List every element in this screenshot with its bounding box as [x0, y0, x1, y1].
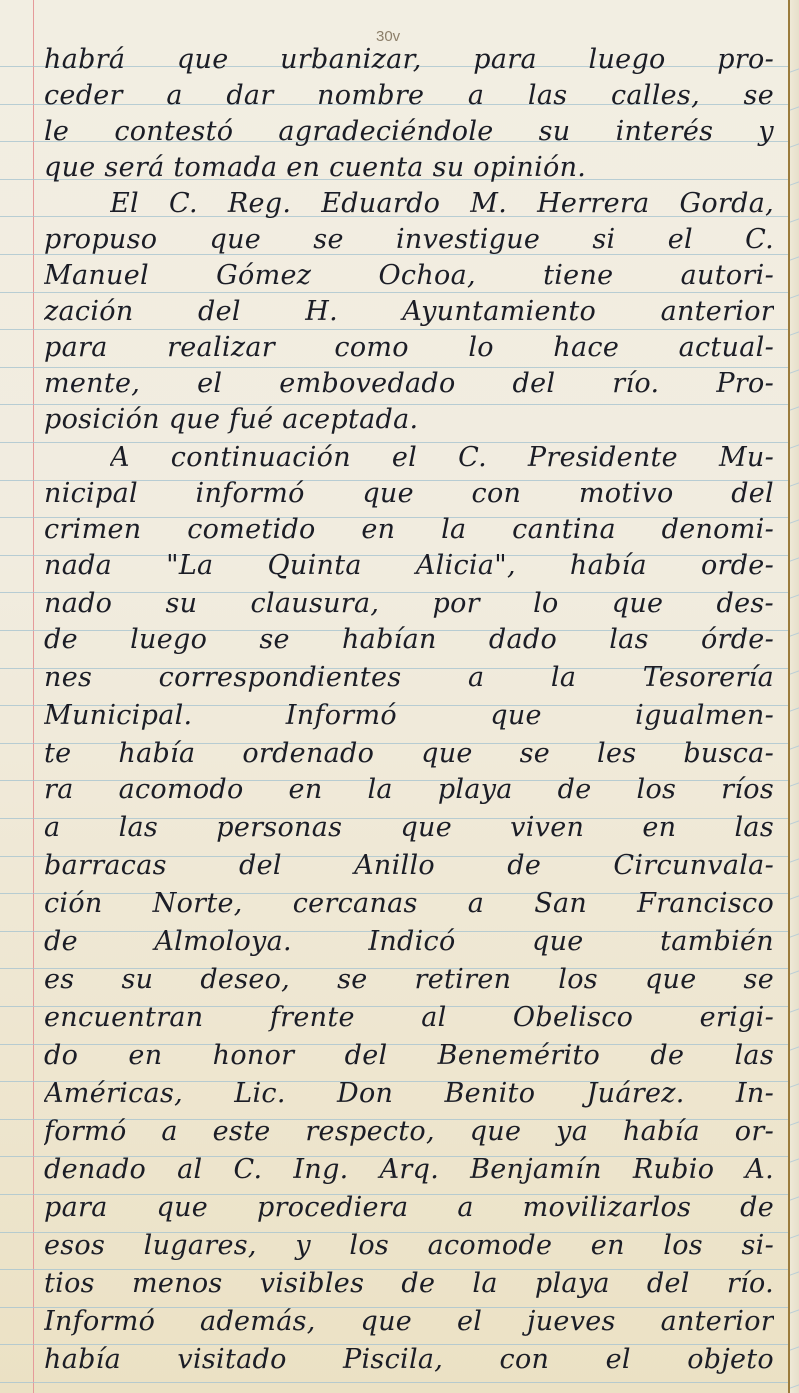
text-line: tios menos visibles de la playa del río. — [44, 1266, 774, 1302]
ruled-line — [790, 369, 799, 373]
ruled-line — [790, 1046, 799, 1050]
text-line: de Almoloya. Indicó que también — [44, 924, 774, 960]
text-line: habrá que urbanizar, para luego pro- — [44, 42, 774, 78]
ruled-line — [790, 294, 799, 298]
ruled-line — [790, 1121, 799, 1125]
text-line: formó a este respecto, que ya había or- — [44, 1114, 774, 1150]
ruled-line — [790, 858, 799, 862]
ruled-line — [790, 933, 799, 937]
text-line: ra acomodo en la playa de los ríos — [44, 772, 774, 808]
text-line: a las personas que viven en las — [44, 810, 774, 846]
text-line: Informó además, que el jueves anterior — [44, 1304, 774, 1340]
text-line: nado su clausura, por lo que des- — [44, 586, 774, 622]
ruled-line — [790, 895, 799, 899]
text-line: te había ordenado que se les busca- — [44, 736, 774, 772]
ruled-line — [790, 1271, 799, 1275]
ruled-line — [790, 68, 799, 72]
text-line: crimen cometido en la cantina denomi- — [44, 512, 774, 548]
ruled-line — [790, 406, 799, 410]
text-line: le contestó agradeciéndole su interés y — [44, 114, 774, 150]
text-line: nes correspondientes a la Tesorería — [44, 660, 774, 696]
ruled-line — [790, 106, 799, 110]
ruled-line — [790, 557, 799, 561]
ruled-line — [790, 1384, 799, 1388]
ruled-line — [790, 970, 799, 974]
notebook-page: 30v habrá que urbanizar, para luego pro-… — [0, 0, 790, 1393]
ruled-line — [790, 1158, 799, 1162]
text-line: de luego se habían dado las órde- — [44, 622, 774, 658]
ruled-line — [790, 519, 799, 523]
text-line: para realizar como lo hace actual- — [44, 330, 774, 366]
ruled-line — [790, 1008, 799, 1012]
text-line: A continuación el C. Presidente Mu- — [110, 440, 774, 476]
text-line: ceder a dar nombre a las calles, se — [44, 78, 774, 114]
ruled-line — [790, 218, 799, 222]
ruled-line — [790, 331, 799, 335]
ruled-line — [790, 1083, 799, 1087]
text-line: para que procediera a movilizarlos de — [44, 1190, 774, 1226]
text-line: denado al C. Ing. Arq. Benjamín Rubio A. — [44, 1152, 774, 1188]
text-line: Américas, Lic. Don Benito Juárez. In- — [44, 1076, 774, 1112]
underlying-page-edge — [790, 0, 799, 1393]
text-line: ción Norte, cercanas a San Francisco — [44, 886, 774, 922]
ruled-line — [790, 594, 799, 598]
ruled-line — [790, 782, 799, 786]
text-line: esos lugares, y los acomode en los si- — [44, 1228, 774, 1264]
text-line: encuentran frente al Obelisco erigi- — [44, 1000, 774, 1036]
text-line: Manuel Gómez Ochoa, tiene autori- — [44, 258, 774, 294]
text-line: mente, el embovedado del río. Pro- — [44, 366, 774, 402]
ruled-line — [790, 181, 799, 185]
text-line: do en honor del Benemérito de las — [44, 1038, 774, 1074]
ruled-line — [790, 745, 799, 749]
ruled-line — [790, 1234, 799, 1238]
ruled-line — [790, 256, 799, 260]
ruled-line — [790, 1346, 799, 1350]
text-line: nicipal informó que con motivo del — [44, 476, 774, 512]
ruled-line — [790, 670, 799, 674]
ruled-line — [790, 444, 799, 448]
ruled-line — [790, 1196, 799, 1200]
ruled-line — [790, 707, 799, 711]
ruled-line — [790, 482, 799, 486]
text-line: barracas del Anillo de Circunvala- — [44, 848, 774, 884]
text-line: zación del H. Ayuntamiento anterior — [44, 294, 774, 330]
ruled-line — [790, 632, 799, 636]
text-line: propuso que se investigue si el C. — [44, 222, 774, 258]
ruled-line — [790, 1309, 799, 1313]
text-line: El C. Reg. Eduardo M. Herrera Gorda, — [110, 186, 774, 222]
text-line: nada "La Quinta Alicia", había orde- — [44, 548, 774, 584]
text-line: había visitado Piscila, con el objeto — [44, 1342, 774, 1378]
ruled-line — [0, 1382, 788, 1383]
text-line: que será tomada en cuenta su opinión. — [44, 150, 774, 186]
text-line: es su deseo, se retiren los que se — [44, 962, 774, 998]
text-line: posición que fué aceptada. — [44, 402, 774, 438]
red-margin-line — [33, 0, 34, 1393]
ruled-line — [790, 143, 799, 147]
text-line: Municipal. Informó que igualmen- — [44, 698, 774, 734]
ruled-line — [790, 820, 799, 824]
